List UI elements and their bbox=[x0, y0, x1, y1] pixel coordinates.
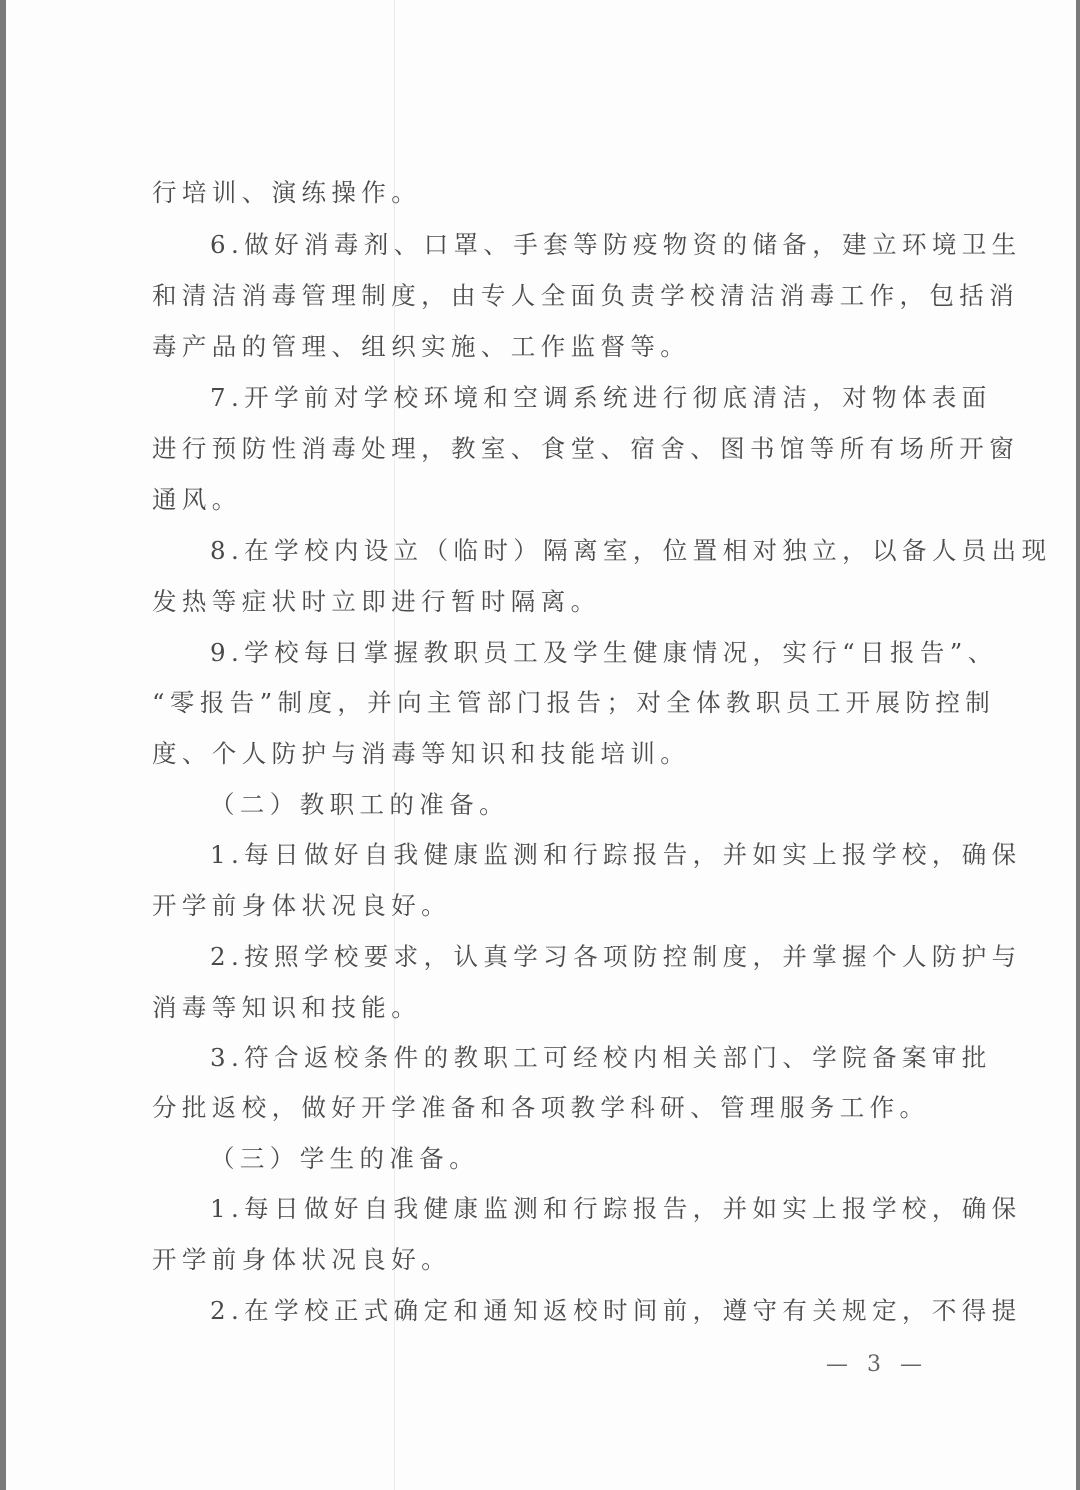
text-line: 进行预防性消毒处理，教室、食堂、宿舍、图书馆等所有场所开窗 bbox=[152, 434, 952, 464]
text-line: 发热等症状时立即进行暂时隔离。 bbox=[152, 587, 952, 617]
text-line: 开学前身体状况良好。 bbox=[152, 1245, 952, 1275]
text-line: 开学前身体状况良好。 bbox=[152, 891, 952, 921]
section-heading: （二）教职工的准备。 bbox=[210, 790, 1010, 820]
text-line: 7.开学前对学校环境和空调系统进行彻底清洁，对物体表面 bbox=[210, 383, 1010, 413]
text-line: 和清洁消毒管理制度，由专人全面负责学校清洁消毒工作，包括消 bbox=[152, 281, 952, 311]
text-line: 行培训、演练操作。 bbox=[152, 178, 952, 208]
text-line: 1.每日做好自我健康监测和行踪报告，并如实上报学校，确保 bbox=[210, 1194, 1010, 1224]
text-line: 3.符合返校条件的教职工可经校内相关部门、学院备案审批 bbox=[210, 1043, 1010, 1073]
text-line: 1.每日做好自我健康监测和行踪报告，并如实上报学校，确保 bbox=[210, 840, 1010, 870]
text-line: 消毒等知识和技能。 bbox=[152, 993, 952, 1023]
text-line: 通风。 bbox=[152, 485, 952, 515]
text-line: 毒产品的管理、组织实施、工作监督等。 bbox=[152, 332, 952, 362]
text-line: 6.做好消毒剂、口罩、手套等防疫物资的储备，建立环境卫生 bbox=[210, 230, 1010, 260]
text-line: 2.在学校正式确定和通知返校时间前，遵守有关规定，不得提 bbox=[210, 1296, 1010, 1326]
text-line: 9.学校每日掌握教职员工及学生健康情况，实行“日报告”、 bbox=[210, 638, 1010, 668]
text-line: 8.在学校内设立（临时）隔离室，位置相对独立，以备人员出现 bbox=[210, 536, 1010, 566]
document-page: 行培训、演练操作。 6.做好消毒剂、口罩、手套等防疫物资的储备，建立环境卫生 和… bbox=[6, 0, 1076, 1490]
text-line: 分批返校，做好开学准备和各项教学科研、管理服务工作。 bbox=[152, 1093, 952, 1123]
page-number: — 3 — bbox=[826, 1352, 928, 1377]
text-line: “零报告”制度，并向主管部门报告；对全体教职员工开展防控制 bbox=[152, 688, 952, 718]
section-heading: （三）学生的准备。 bbox=[210, 1144, 1010, 1174]
text-line: 2.按照学校要求，认真学习各项防控制度，并掌握个人防护与 bbox=[210, 942, 1010, 972]
text-line: 度、个人防护与消毒等知识和技能培训。 bbox=[152, 739, 952, 769]
